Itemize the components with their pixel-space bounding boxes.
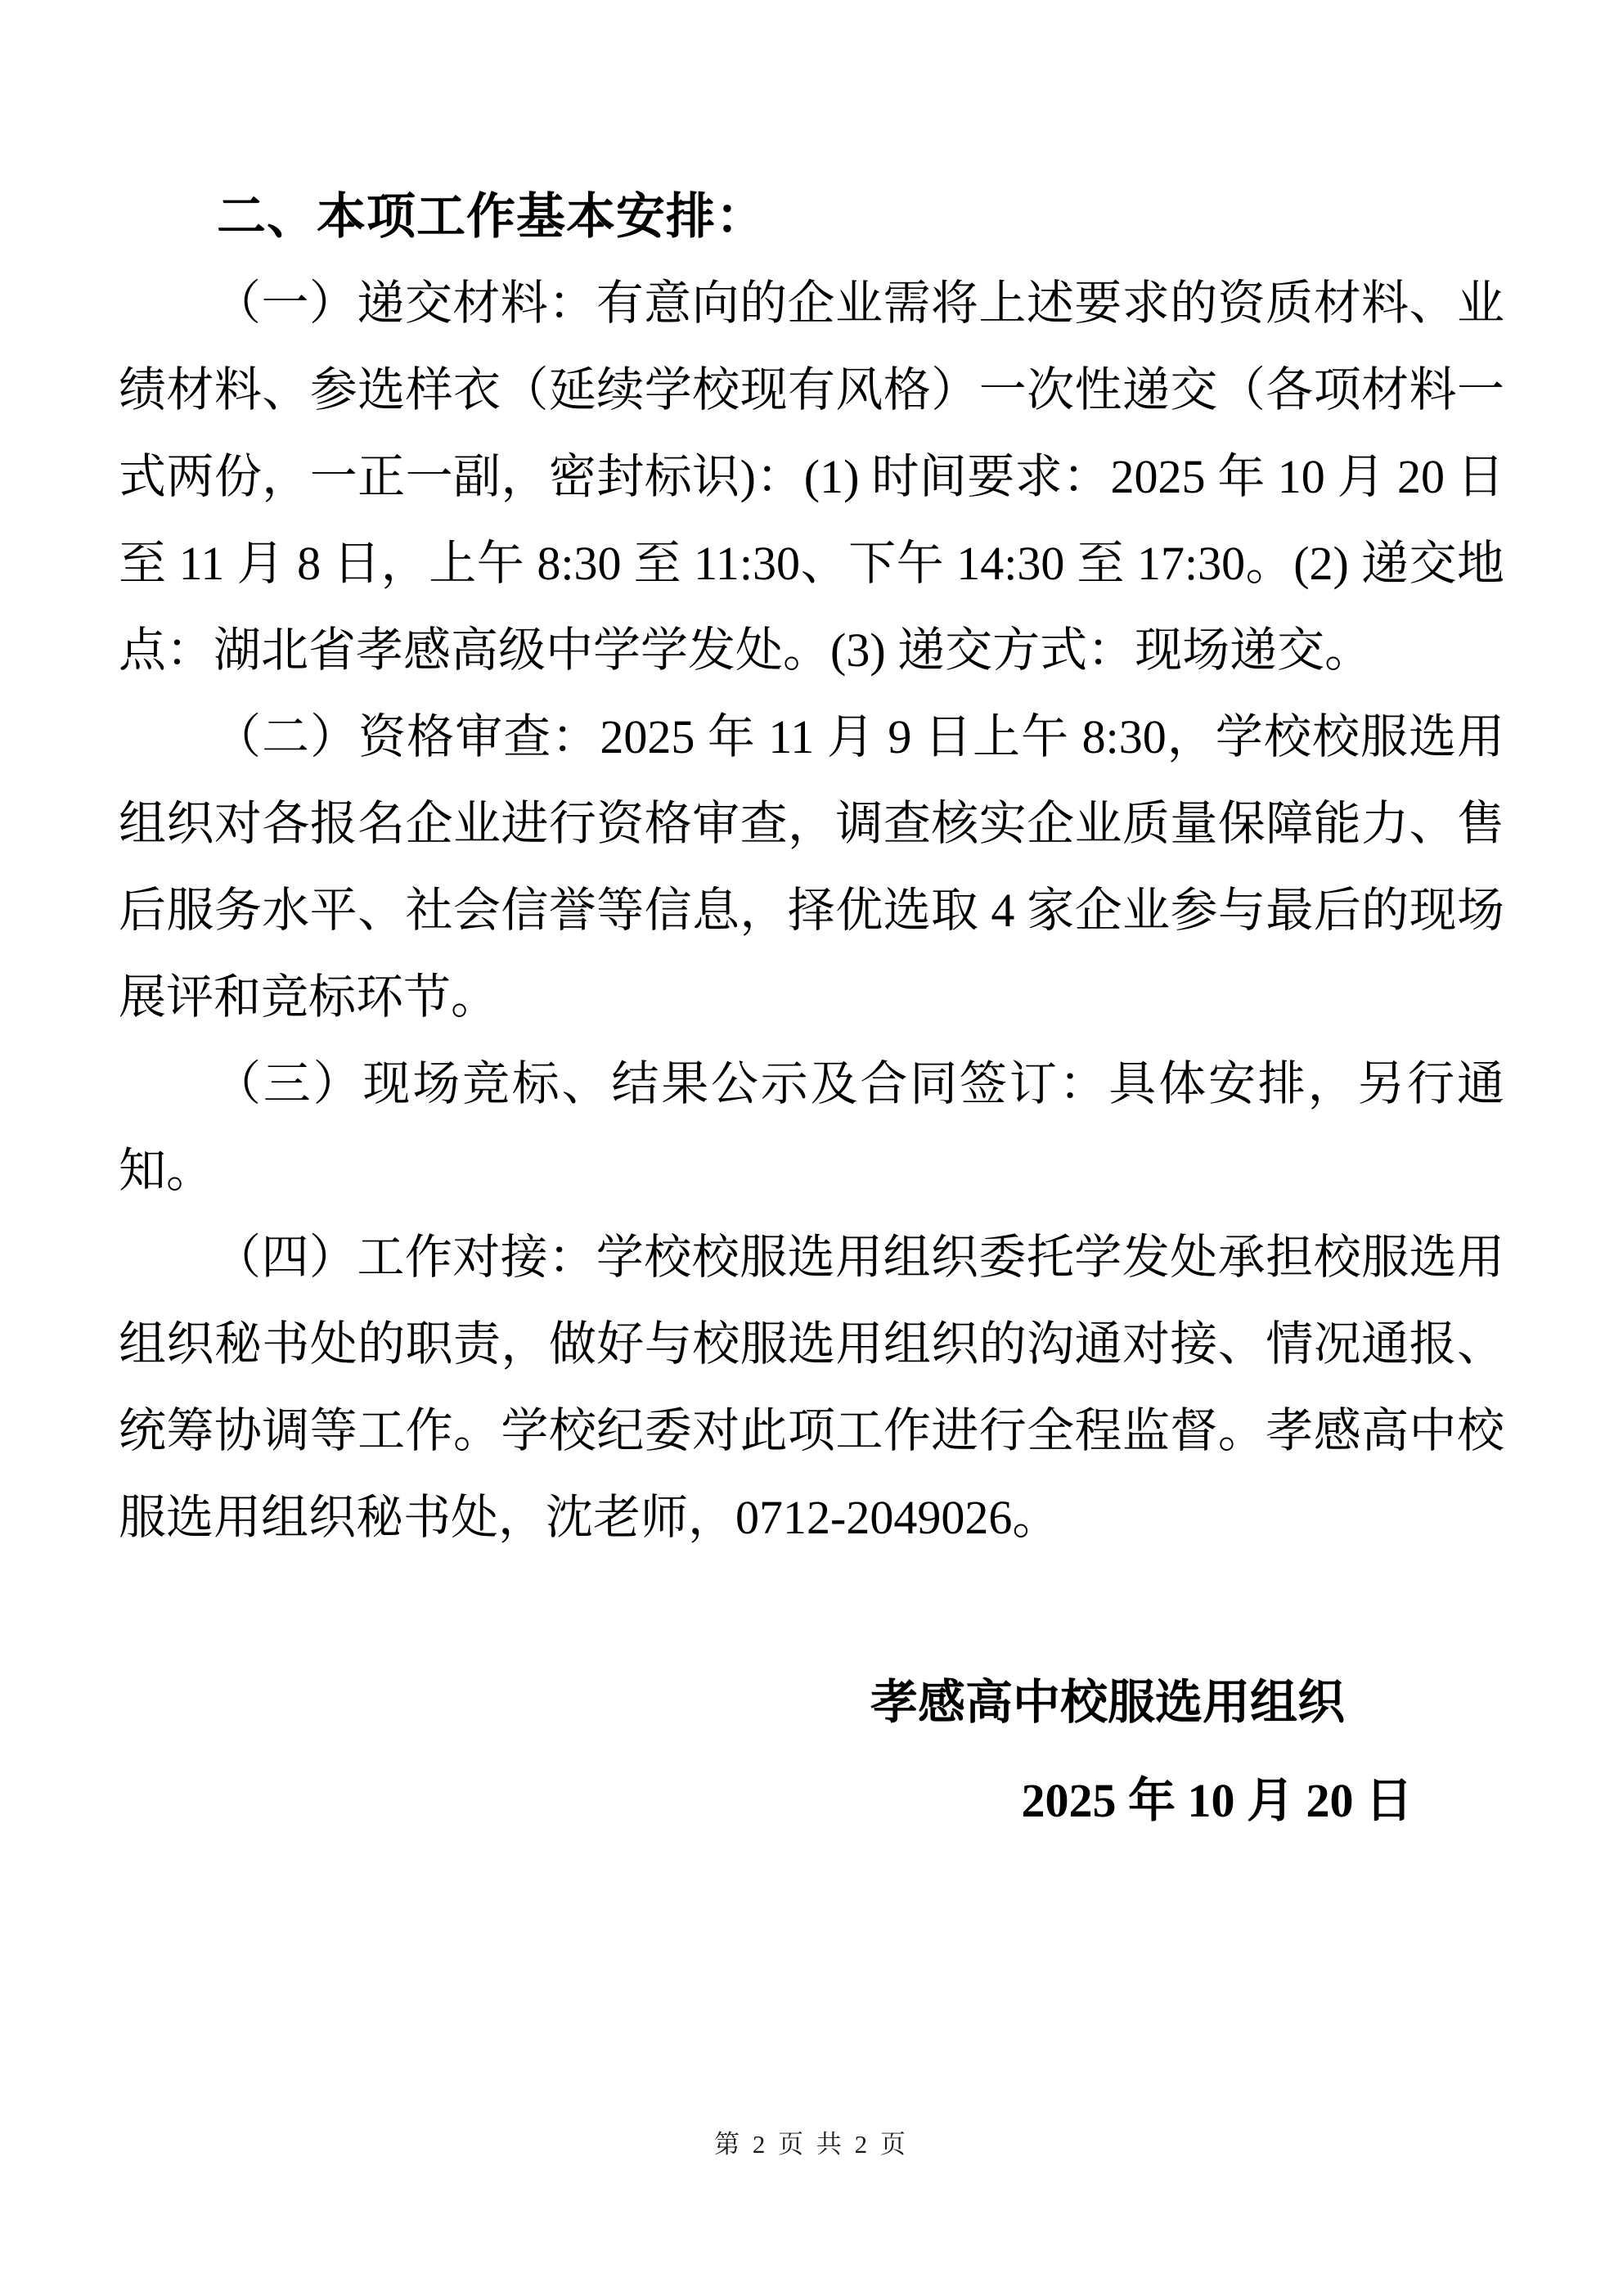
signature-organization: 孝感高中校服选用组织: [119, 1659, 1504, 1746]
paragraph-qualification-review: （二）资格审查：2025 年 11 月 9 日上午 8:30，学校校服选用组织对…: [119, 694, 1504, 1041]
signature-date: 2025 年 10 月 20 日: [119, 1758, 1504, 1844]
page-number-footer: 第 2 页 共 2 页: [0, 2131, 1623, 2159]
document-page: 二、本项工作基本安排： （一）递交材料：有意向的企业需将上述要求的资质材料、业绩…: [0, 0, 1623, 2296]
paragraph-onsite-bidding: （三）现场竞标、结果公示及合同签订：具体安排，另行通知。: [119, 1041, 1504, 1214]
paragraph-work-liaison: （四）工作对接：学校校服选用组织委托学发处承担校服选用组织秘书处的职责，做好与校…: [119, 1214, 1504, 1561]
paragraph-submit-materials: （一）递交材料：有意向的企业需将上述要求的资质材料、业绩材料、参选样衣（延续学校…: [119, 260, 1504, 694]
section-heading: 二、本项工作基本安排：: [119, 173, 1504, 260]
signature-block: 孝感高中校服选用组织 2025 年 10 月 20 日: [119, 1659, 1504, 1844]
